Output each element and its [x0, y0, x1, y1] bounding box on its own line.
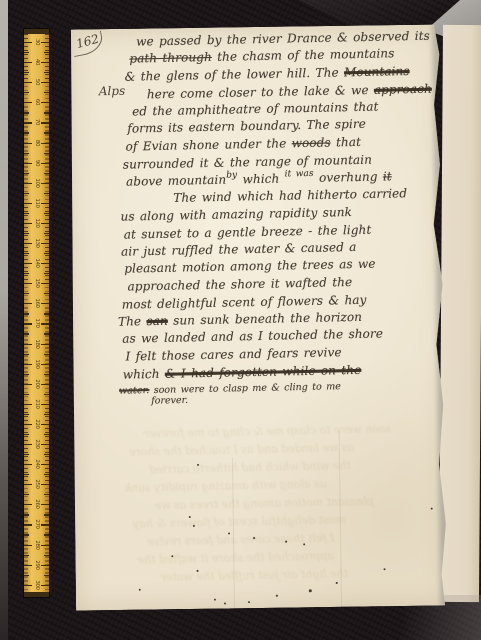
handwriting-line: approached the shore it wafted the	[127, 275, 352, 294]
handwriting-segment: most delightful scent of flowers & hay	[122, 293, 367, 312]
ruler-tick	[24, 92, 29, 93]
ruler-tick	[41, 344, 49, 345]
handwriting-segment: as we landed and as I touched the shore	[122, 326, 383, 345]
ruler-number: 110	[34, 198, 40, 207]
handwriting-segment: at sunset to a gentle breeze - the light	[124, 223, 372, 242]
ruler-tick	[41, 384, 49, 385]
ruler-number: 300	[34, 580, 40, 589]
handwriting-segment: here come closer to the lake & we	[147, 83, 374, 102]
handwriting-segment: san	[146, 314, 168, 328]
ruler-tick	[24, 464, 32, 465]
ruler-tick	[24, 52, 29, 53]
handwriting-segment: forever.	[151, 395, 188, 407]
manuscript-page: 162 Alps soon were to clasp me & cling t…	[68, 24, 450, 610]
ruler-tick	[41, 122, 49, 123]
handwriting-line: here come closer to the lake & we approa…	[147, 82, 432, 102]
ruler-tick	[24, 323, 32, 324]
handwriting-segment: ed the amphitheatre of mountains that	[132, 100, 379, 119]
ruler-tick	[44, 454, 49, 455]
ruler-number: 90	[34, 159, 40, 165]
ink-spot	[336, 582, 338, 584]
ruler-number: 200	[34, 379, 40, 388]
handwriting-line: ed the amphitheatre of mountains that	[132, 100, 379, 119]
ruler-tick	[41, 183, 49, 184]
ink-spot	[197, 570, 199, 572]
handwriting-segment: it was	[285, 169, 314, 180]
ruler-tick	[44, 374, 49, 375]
ruler-tick	[24, 143, 32, 144]
ruler-tick	[24, 42, 32, 43]
handwriting-segment: approach	[374, 82, 432, 97]
ruler-tick	[44, 293, 49, 294]
handwriting-line: us along with amazing rapidity sunk	[120, 205, 352, 224]
handwriting-line: & the glens of the lower hill. The Mount…	[124, 64, 409, 84]
ruler-tick	[41, 143, 49, 144]
ruler-tick	[41, 484, 49, 485]
ruler-tick	[24, 313, 29, 314]
ruler-tick	[24, 303, 32, 304]
ruler-tick	[41, 303, 49, 304]
ruler-number: 250	[34, 480, 40, 489]
handwriting-line: air just ruffled the water & caused a	[121, 240, 357, 259]
show-through-line: most delightful scent of flowers & hay	[133, 513, 346, 530]
ruler-tick	[41, 504, 49, 505]
ruler-tick	[44, 434, 49, 435]
ruler-tick	[24, 364, 32, 365]
ink-spot	[214, 599, 216, 601]
ink-spot	[193, 525, 195, 527]
show-through-line: pleasant motion among the trees as we	[154, 495, 373, 513]
show-through-line: I felt those cares and fears revive	[147, 531, 334, 548]
ink-spot	[309, 589, 312, 592]
ruler-number: 140	[34, 258, 40, 267]
ruler-tick	[44, 273, 49, 274]
ruler-number: 290	[34, 560, 40, 569]
handwriting-segment: path through	[129, 50, 212, 66]
handwriting-segment: which	[237, 171, 285, 186]
ruler-tick	[41, 323, 49, 324]
show-through-line: soon were to clasp me & cling to me fore…	[143, 422, 391, 440]
ruler-tick	[24, 494, 29, 495]
handwriting-segment: overhung	[314, 170, 383, 185]
ink-spot	[285, 541, 287, 543]
ruler-tick	[24, 424, 32, 425]
ruler-number: 60	[34, 99, 40, 105]
show-through-line: as we landed and as I touched the shore	[129, 441, 354, 459]
ruler-tick	[44, 233, 49, 234]
ruler-number: 130	[34, 238, 40, 247]
ink-spot	[276, 595, 278, 597]
handwriting-segment: by	[226, 170, 237, 180]
ruler-tick	[44, 253, 49, 254]
ruler-tick	[24, 112, 29, 113]
ruler-tick	[41, 585, 49, 586]
ruler-tick	[24, 122, 32, 123]
handwriting-segment: woods	[292, 135, 331, 150]
handwriting-segment: water.	[119, 385, 150, 397]
ruler-tick	[41, 444, 49, 445]
ink-spot	[384, 568, 386, 570]
handwriting-line: forever.	[151, 392, 188, 409]
ruler-tick	[24, 263, 32, 264]
ruler-tick	[24, 404, 32, 405]
ruler-tick	[24, 585, 32, 586]
ruler-number: 30	[34, 39, 40, 45]
ink-spot	[197, 464, 199, 466]
ruler-tick	[24, 163, 32, 164]
ruler-tick	[24, 193, 29, 194]
ink-spot	[224, 602, 226, 604]
ruler-tick	[24, 434, 29, 435]
handwriting-line: surrounded it & the range of mountain	[123, 153, 372, 172]
handwriting-segment: which	[123, 367, 165, 382]
ruler-tick	[41, 223, 49, 224]
underlying-second-leaf	[439, 25, 481, 602]
ruler-tick	[41, 243, 49, 244]
handwriting-segment: approached the shore it wafted the	[127, 275, 352, 294]
ruler-tick	[41, 524, 49, 525]
handwriting-line: of Evian shone under the woods that	[125, 135, 361, 154]
ruler-tick	[41, 163, 49, 164]
ruler-number: 120	[34, 218, 40, 227]
ruler-number: 100	[34, 178, 40, 187]
handwriting-segment: & the glens of the lower hill. The	[124, 65, 344, 83]
ruler-tick	[24, 384, 32, 385]
ruler-tick	[44, 575, 49, 576]
ink-spot	[189, 516, 191, 518]
ruler-tick	[24, 72, 29, 73]
handwriting-line: pleasant motion among the trees as we	[124, 257, 376, 276]
ruler-tick	[24, 354, 29, 355]
ruler-number: 40	[34, 59, 40, 65]
ruler-tick	[24, 575, 29, 576]
show-through-line: the wind which had hitherto carried	[149, 459, 351, 476]
manuscript-photograph: 3040506070809010011012013014015016017018…	[0, 0, 481, 640]
handwriting-segment: us along with amazing rapidity sunk	[120, 205, 352, 224]
ruler-tick	[44, 534, 49, 535]
ruler-tick	[24, 233, 29, 234]
ruler-tick	[44, 132, 49, 133]
ruler-number: 180	[34, 339, 40, 348]
ink-spot	[303, 543, 305, 545]
ruler-tick	[44, 153, 49, 154]
ruler-tick	[44, 514, 49, 515]
ruler-tick	[41, 203, 49, 204]
ruler-tick	[24, 213, 29, 214]
handwriting-line: I felt those cares and fears revive	[125, 345, 341, 363]
ruler-number: 190	[34, 359, 40, 368]
ink-spot	[253, 537, 255, 539]
ruler-number: 270	[34, 520, 40, 529]
ruler-tick	[24, 243, 32, 244]
ruler-tick	[24, 514, 29, 515]
show-through-line: us along with amazing rapidity sunk	[124, 477, 327, 494]
handwriting-segment: surrounded it & the range of mountain	[123, 153, 372, 172]
ruler-tick	[44, 414, 49, 415]
ruler-tick	[24, 414, 29, 415]
ruler-tick	[24, 454, 29, 455]
ruler-tick	[44, 394, 49, 395]
ruler-tick	[44, 313, 49, 314]
handwriting-segment: sun sunk beneath the horizon	[168, 310, 362, 328]
ruler-tick	[44, 213, 49, 214]
ruler-tick	[44, 173, 49, 174]
ruler-tick	[41, 42, 49, 43]
margin-insertion-word: Alps	[99, 84, 126, 98]
ruler-tick	[24, 102, 32, 103]
ruler-tick	[24, 293, 29, 294]
show-through-line: the light air just ruffled the water	[160, 567, 348, 584]
ruler-tick	[24, 374, 29, 375]
ruler-tick	[24, 62, 32, 63]
handwriting-segment: pleasant motion among the trees as we	[124, 257, 376, 276]
handwriting-line: The san sun sunk beneath the horizon	[118, 310, 362, 329]
ruler-tick	[24, 82, 32, 83]
ruler-number: 260	[34, 500, 40, 509]
ruler-tick	[24, 173, 29, 174]
ruler-tick	[41, 82, 49, 83]
ruler-number: 210	[34, 399, 40, 408]
ruler-tick	[41, 464, 49, 465]
ruler-number: 230	[34, 439, 40, 448]
ruler-tick	[24, 183, 32, 184]
ruler-tick	[44, 354, 49, 355]
handwriting-line: as we landed and as I touched the shore	[122, 326, 383, 345]
handwriting-segment: it	[383, 169, 392, 183]
ruler-number: 160	[34, 299, 40, 308]
handwriting-line: path through the chasm of the mountains	[129, 46, 394, 65]
handwriting-segment: that	[331, 135, 362, 150]
ruler-tick	[24, 333, 29, 334]
ruler-tick	[41, 283, 49, 284]
ruler-tick	[24, 223, 32, 224]
ruler-tick	[44, 52, 49, 53]
ruler-number: 50	[34, 79, 40, 85]
ruler-tick	[24, 484, 32, 485]
ruler-number: 80	[34, 139, 40, 145]
ruler-tick	[24, 153, 29, 154]
handwriting-line: most delightful scent of flowers & hay	[122, 293, 367, 312]
ruler-tick	[24, 203, 32, 204]
ruler-tick	[24, 565, 32, 566]
ruler-tick	[41, 565, 49, 566]
ruler-tick	[24, 555, 29, 556]
ruler-tick	[24, 474, 29, 475]
ruler-tick	[24, 534, 29, 535]
handwriting-segment: forms its eastern boundary. The spire	[127, 117, 366, 136]
photo-mat-left-edge	[0, 0, 8, 640]
ruler-tick	[24, 545, 32, 546]
ruler-tick	[24, 444, 32, 445]
ruler-number: 70	[34, 119, 40, 125]
ruler-tick	[24, 344, 32, 345]
ruler-tick	[41, 424, 49, 425]
ruler-tick	[44, 193, 49, 194]
handwriting-segment: The	[118, 314, 147, 329]
handwriting-line: at sunset to a gentle breeze - the light	[124, 223, 372, 242]
show-through-line: approached the shore it wafted the	[137, 549, 334, 566]
ink-spot	[139, 589, 141, 591]
ink-spot	[431, 508, 433, 510]
ruler-number: 220	[34, 419, 40, 428]
ruler-tick	[44, 333, 49, 334]
ruler-tick	[41, 263, 49, 264]
ruler-tick	[24, 595, 29, 596]
ink-spot	[171, 555, 173, 557]
ruler-tick	[41, 404, 49, 405]
ruler-tick	[24, 253, 29, 254]
handwriting-segment: of Evian shone under the	[125, 136, 291, 153]
ruler-tick	[41, 62, 49, 63]
handwriting-line: forms its eastern boundary. The spire	[127, 117, 366, 136]
ruler-number: 280	[34, 540, 40, 549]
ruler-tick	[24, 504, 32, 505]
ruler-number: 150	[34, 279, 40, 288]
ruler-tick	[41, 545, 49, 546]
ink-spot	[248, 601, 250, 603]
ruler-tick	[41, 364, 49, 365]
ruler-tick	[44, 474, 49, 475]
handwriting-segment: air just ruffled the water & caused a	[121, 240, 357, 259]
ruler-tick	[44, 555, 49, 556]
ruler-tick	[24, 394, 29, 395]
ruler-tick	[41, 102, 49, 103]
ink-spot	[228, 532, 230, 534]
ruler-tick	[44, 92, 49, 93]
ruler-tick	[24, 132, 29, 133]
ruler-tick	[24, 524, 32, 525]
ruler-tick	[24, 273, 29, 274]
ruler-tick	[44, 595, 49, 596]
ruler-number: 240	[34, 459, 40, 468]
handwriting-segment: the chasm of the mountains	[212, 46, 395, 64]
ruler-tick	[24, 283, 32, 284]
ruler-tick	[44, 494, 49, 495]
handwriting-segment: I felt those cares and fears revive	[125, 345, 341, 363]
ruler-tick	[44, 72, 49, 73]
ruler-number: 170	[34, 319, 40, 328]
ruler-tick	[44, 112, 49, 113]
handwriting-segment: Mountains	[344, 64, 410, 79]
handwriting-segment: above mountain	[126, 173, 226, 189]
measuring-ruler: 3040506070809010011012013014015016017018…	[24, 29, 49, 597]
